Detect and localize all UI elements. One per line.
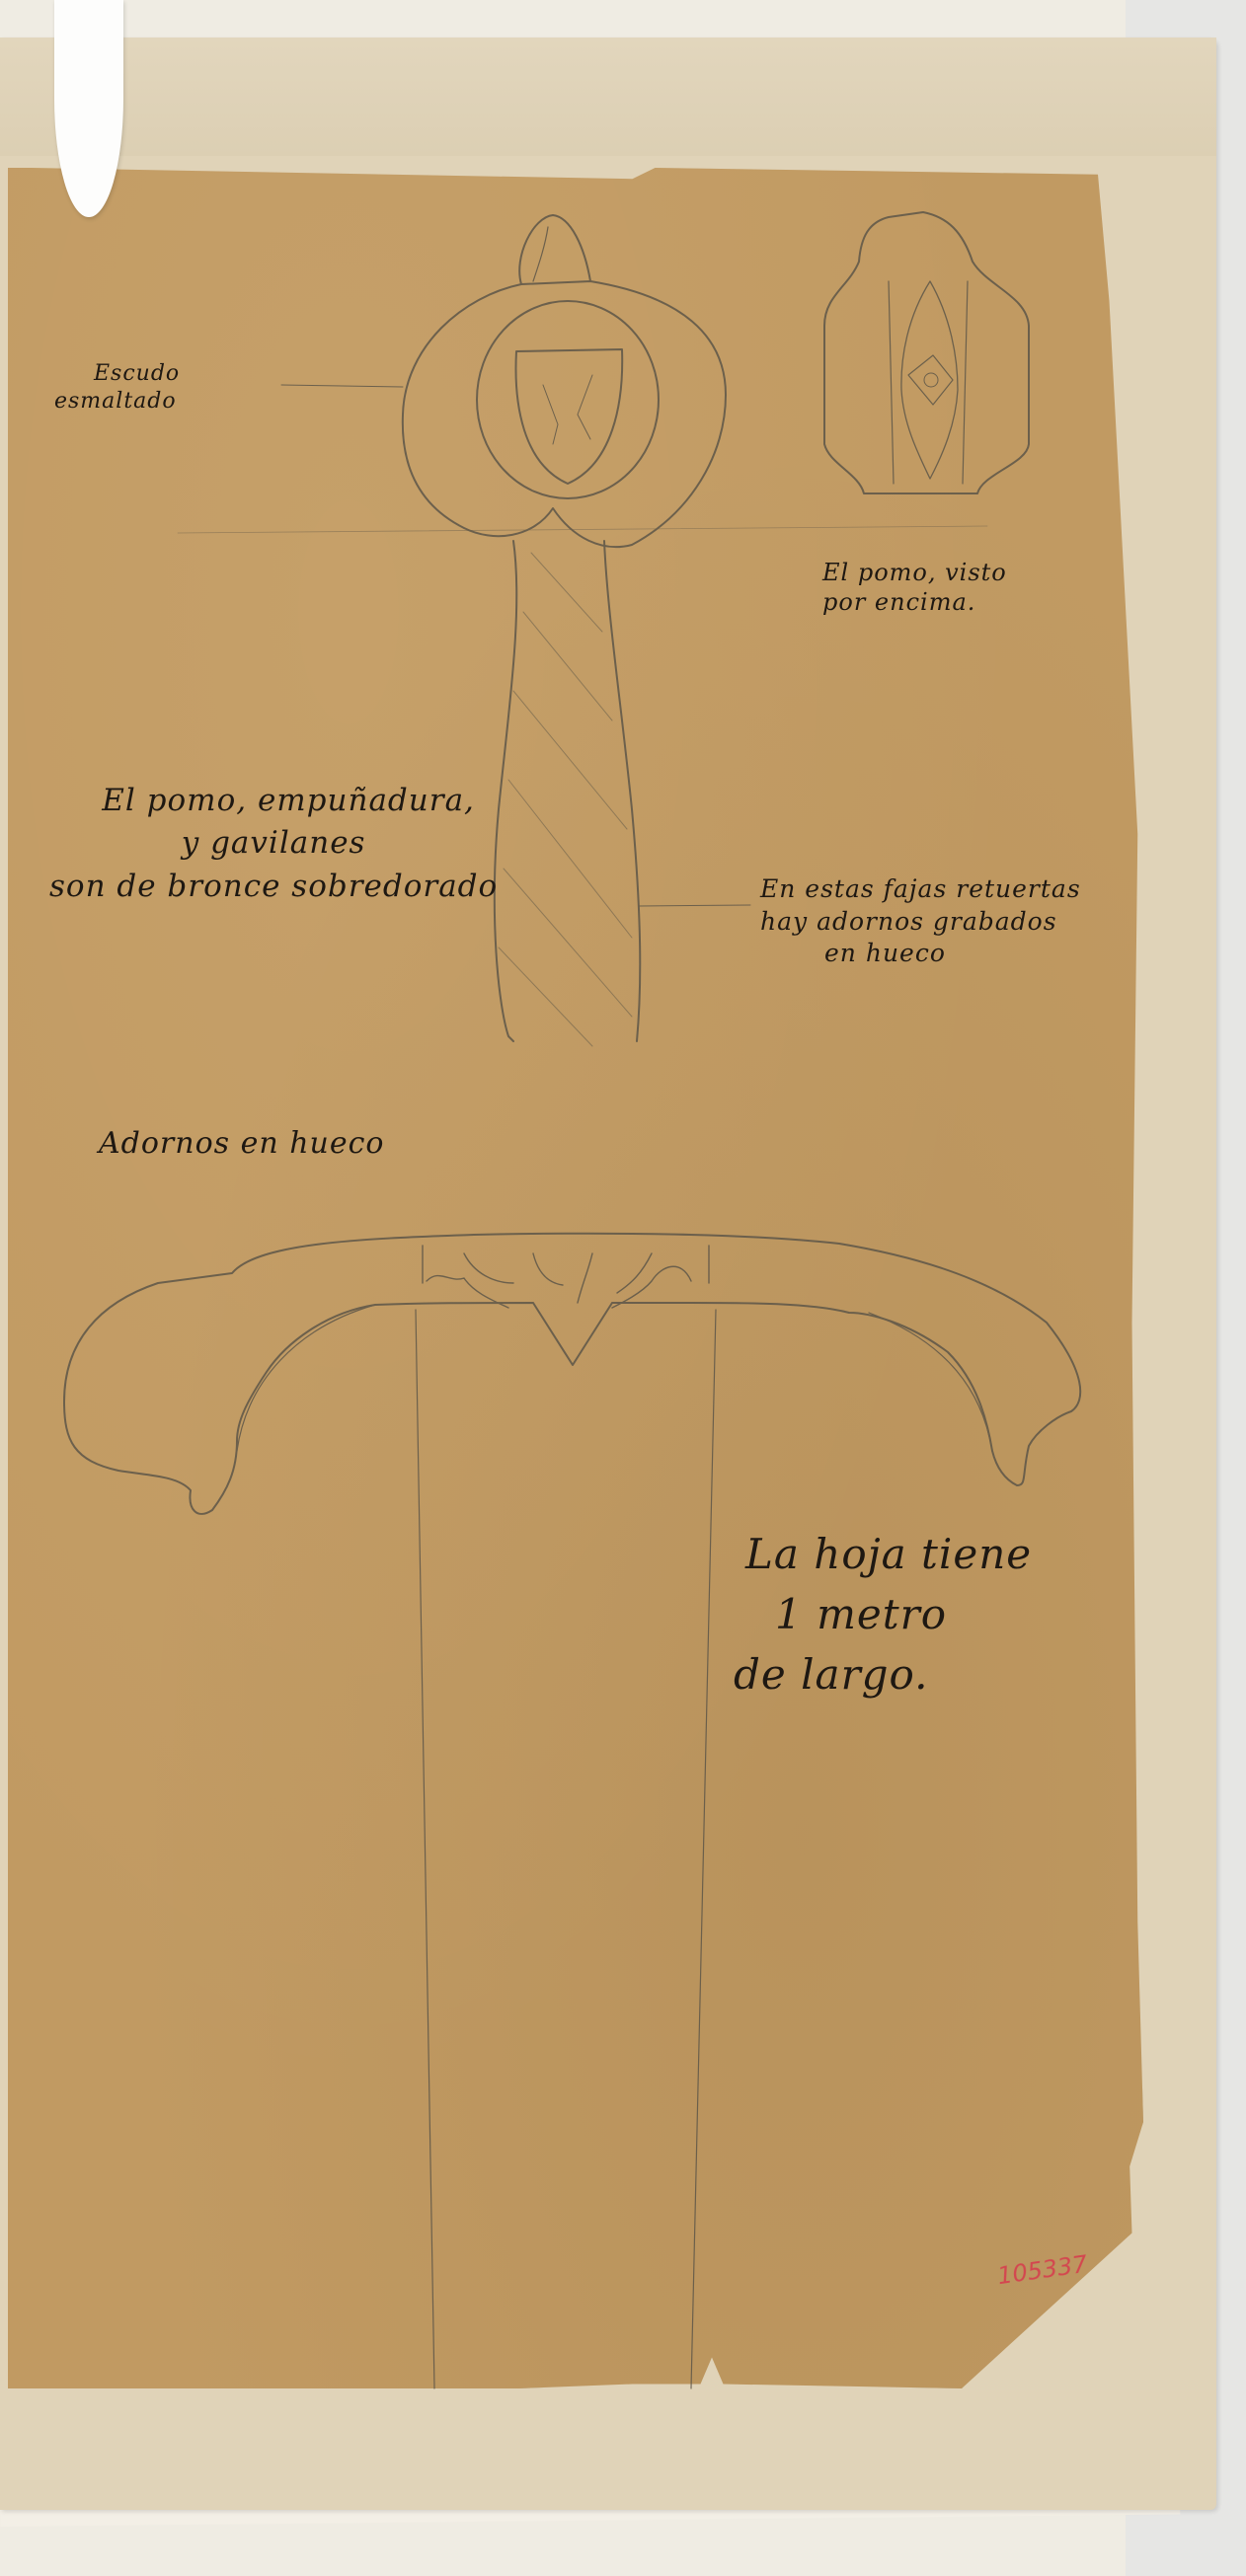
annotation-twisted-bands: En estas fajas retuertas hay adornos gra… — [760, 873, 1081, 970]
annotation-shield: Escudo esmaltado — [54, 360, 180, 415]
annotation-line: y gavilanes — [49, 822, 498, 865]
annotation-line: El pomo, empuñadura, — [49, 780, 498, 822]
crossguard-icon — [64, 1234, 1080, 1514]
annotation-line: 1 metro — [745, 1585, 1032, 1645]
annotation-line: hay adornos grabados — [760, 906, 1081, 939]
annotation-materials: El pomo, empuñadura, y gavilanes son de … — [49, 780, 498, 908]
annotation-hollow-ornaments: Adornos en hueco — [99, 1125, 384, 1163]
annotation-line: La hoja tiene — [745, 1525, 1032, 1585]
annotation-blade-length: La hoja tiene 1 metro de largo. — [745, 1525, 1032, 1705]
twisted-grip-icon — [495, 541, 750, 1046]
pommel-top-view-icon — [824, 212, 1029, 493]
foliate-ornament-icon — [423, 1246, 709, 1308]
annotation-line: esmaltado — [54, 388, 180, 416]
annotation-line: En estas fajas retuertas — [760, 873, 1081, 906]
annotation-line: El pomo, visto — [822, 558, 1007, 587]
blade-icon — [416, 1310, 716, 2388]
pommel-front-icon — [403, 215, 726, 547]
shield-icon — [516, 349, 623, 484]
annotation-line: en hueco — [760, 938, 1081, 970]
sword-drawing — [0, 0, 1246, 2576]
annotation-line: Adornos en hueco — [99, 1125, 384, 1163]
annotation-line: de largo. — [734, 1645, 1032, 1705]
annotation-pommel-top-view: El pomo, visto por encima. — [822, 558, 1007, 617]
annotation-line: son de bronce sobredorado — [49, 866, 498, 908]
annotation-line: por encima. — [822, 587, 1007, 617]
annotation-line: Escudo — [54, 360, 180, 388]
